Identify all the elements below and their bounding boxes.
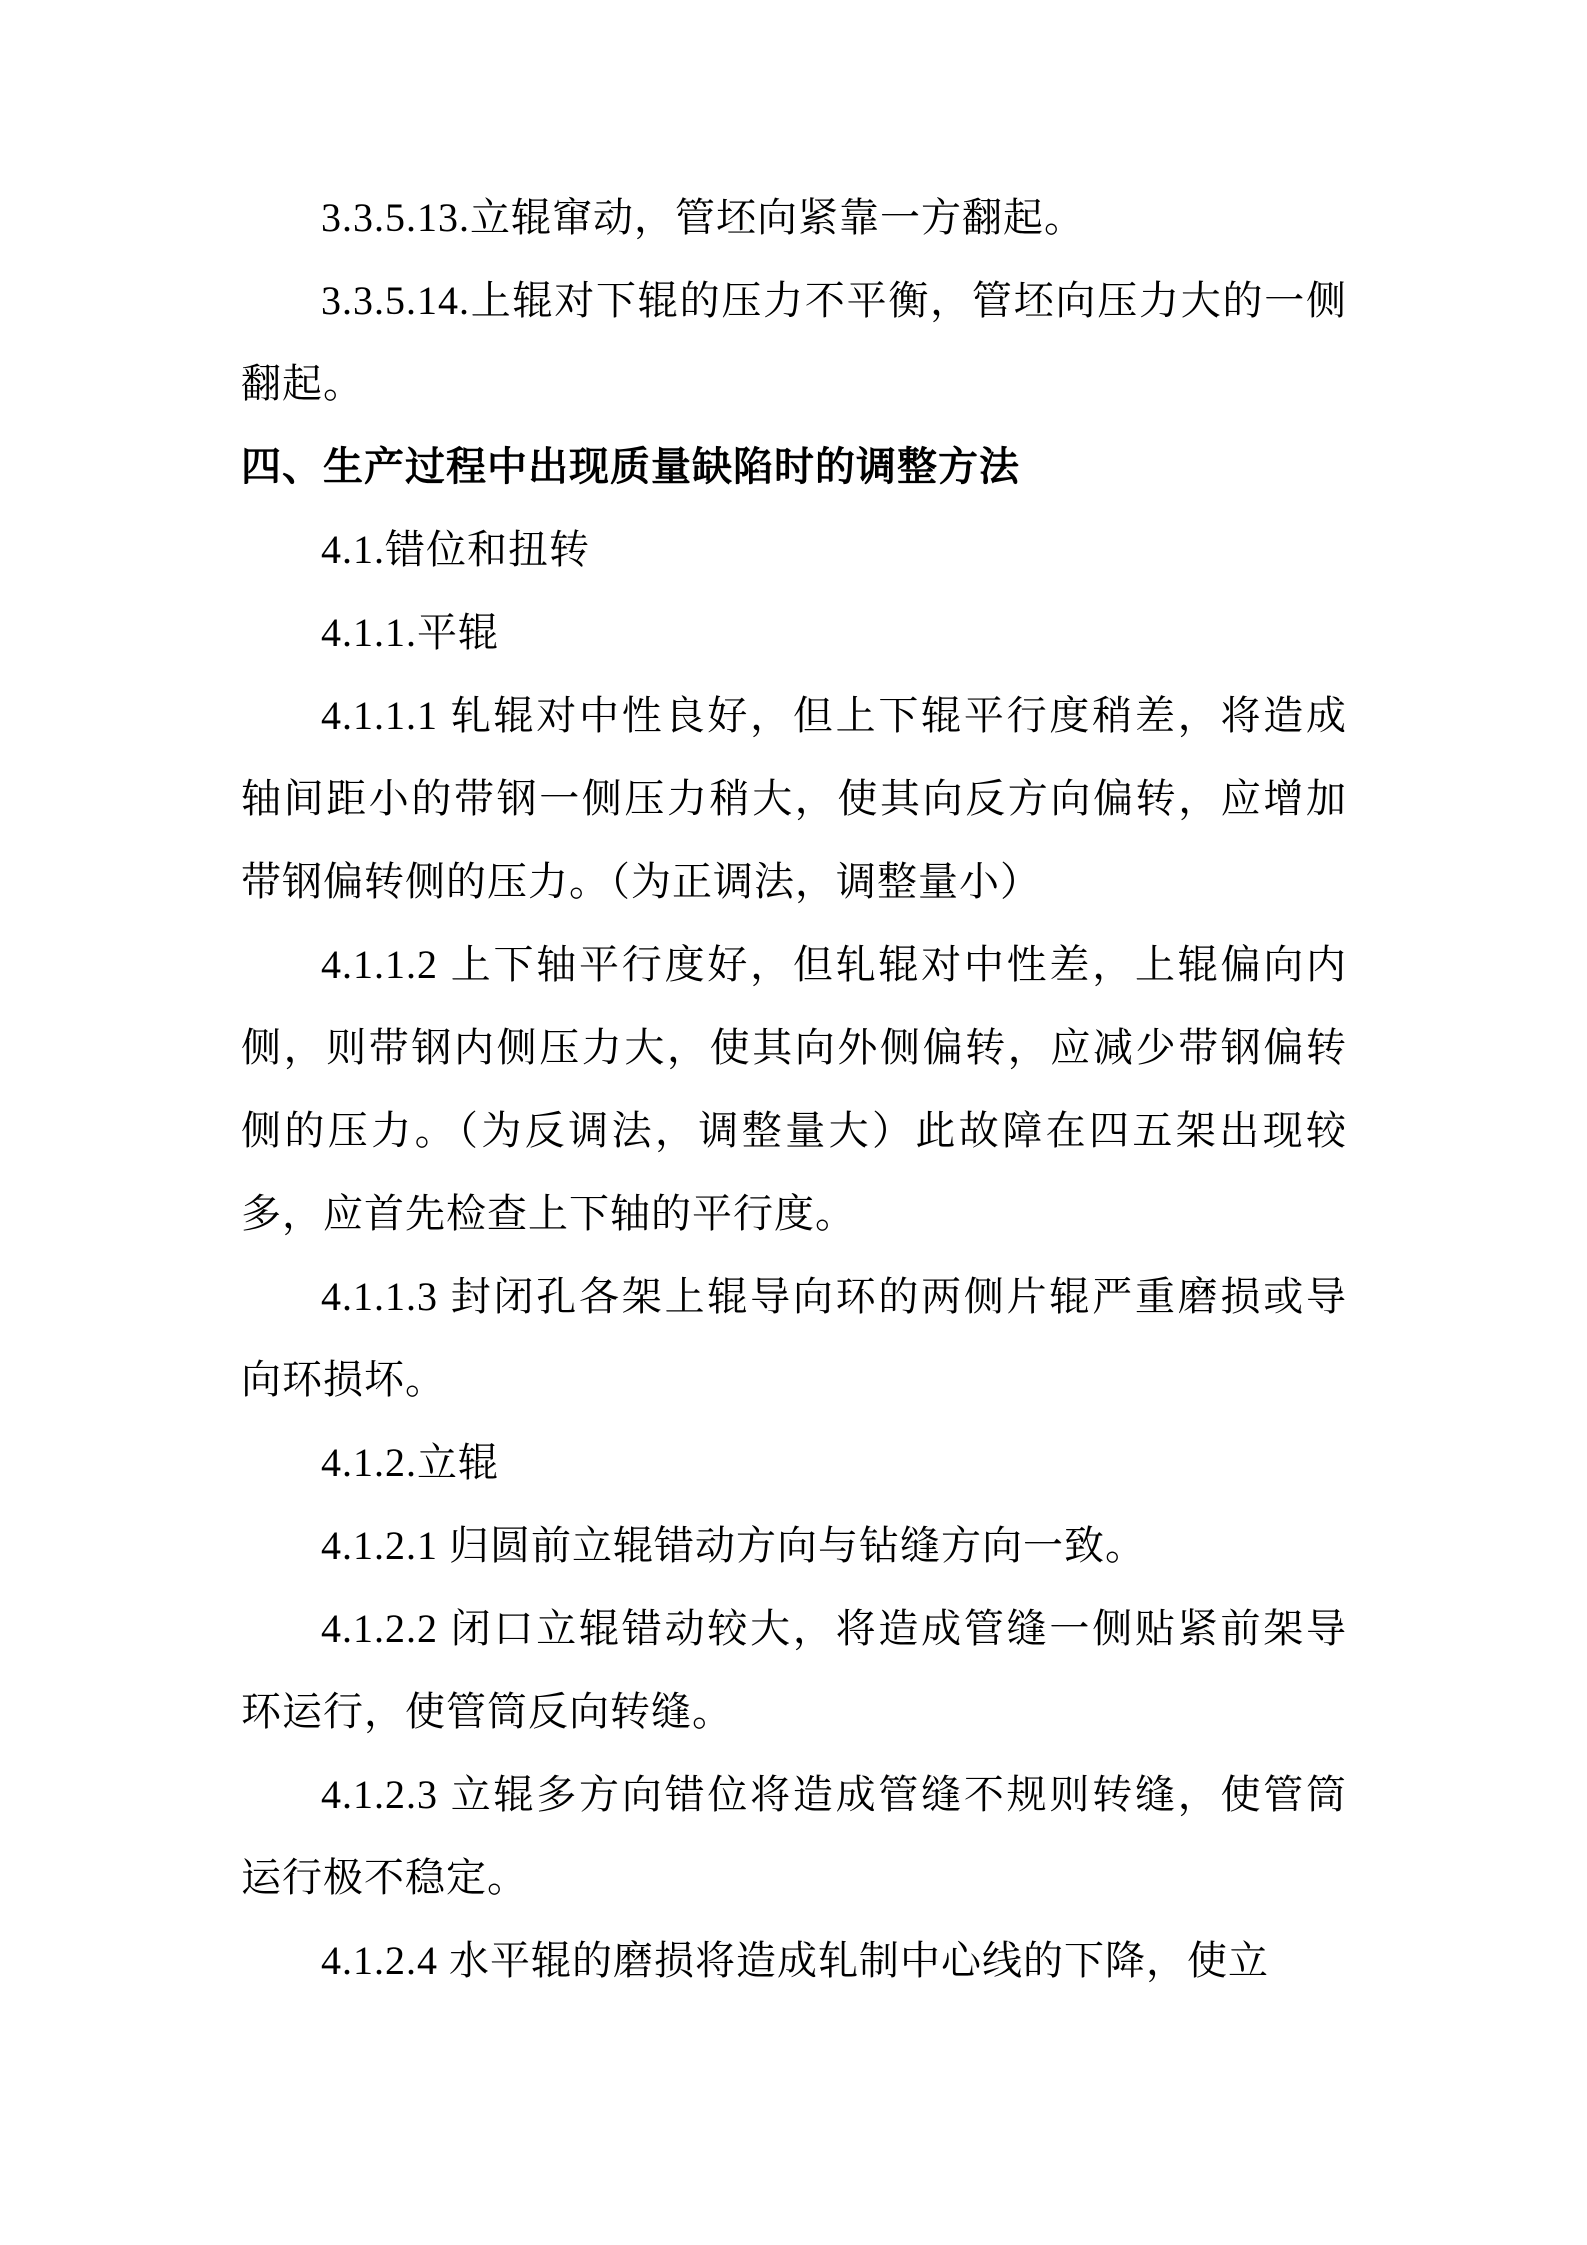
paragraph: 4.1.2.2 闭口立辊错动较大，将造成管缝一侧贴紧前架导环运行，使管筒反向转缝… bbox=[241, 1587, 1347, 1753]
paragraph: 4.1.1.3 封闭孔各架上辊导向环的两侧片辊严重磨损或导向环损坏。 bbox=[241, 1255, 1347, 1421]
paragraph: 4.1.1.2 上下轴平行度好，但轧辊对中性差，上辊偏向内侧，则带钢内侧压力大，… bbox=[241, 923, 1347, 1255]
paragraph: 3.3.5.13.立辊窜动，管坯向紧靠一方翻起。 bbox=[241, 176, 1347, 259]
paragraph: 3.3.5.14.上辊对下辊的压力不平衡，管坯向压力大的一侧翻起。 bbox=[241, 259, 1347, 425]
document-page: 3.3.5.13.立辊窜动，管坯向紧靠一方翻起。3.3.5.14.上辊对下辊的压… bbox=[0, 0, 1587, 2245]
paragraph: 4.1.1.平辊 bbox=[241, 591, 1347, 674]
paragraph: 4.1.1.1 轧辊对中性良好，但上下辊平行度稍差，将造成轴间距小的带钢一侧压力… bbox=[241, 674, 1347, 923]
section-heading: 四、生产过程中出现质量缺陷时的调整方法 bbox=[241, 425, 1347, 508]
paragraph: 4.1.错位和扭转 bbox=[241, 508, 1347, 591]
document-text-block: 3.3.5.13.立辊窜动，管坯向紧靠一方翻起。3.3.5.14.上辊对下辊的压… bbox=[241, 176, 1347, 2002]
paragraph: 4.1.2.4 水平辊的磨损将造成轧制中心线的下降，使立 bbox=[241, 1919, 1347, 2002]
paragraph: 4.1.2.1 归圆前立辊错动方向与钻缝方向一致。 bbox=[241, 1504, 1347, 1587]
paragraph: 4.1.2.立辊 bbox=[241, 1421, 1347, 1504]
paragraph: 4.1.2.3 立辊多方向错位将造成管缝不规则转缝，使管筒运行极不稳定。 bbox=[241, 1753, 1347, 1919]
